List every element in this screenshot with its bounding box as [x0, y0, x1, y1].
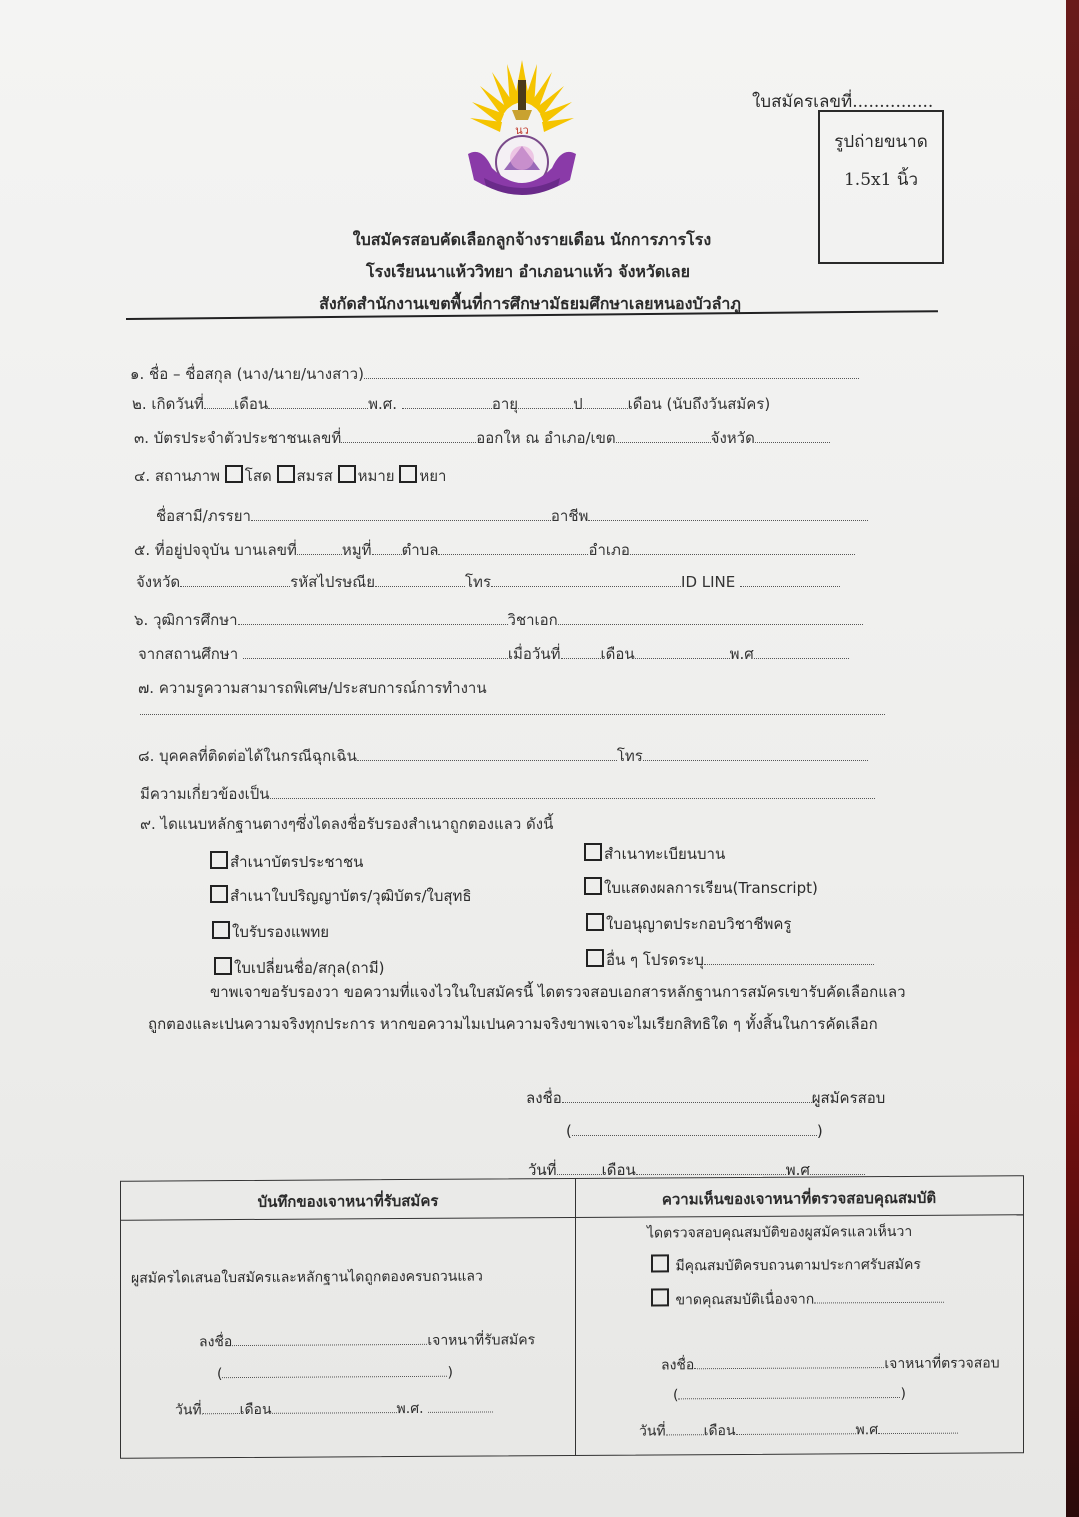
doc-other-checkbox[interactable] [586, 949, 604, 967]
house-number-field[interactable] [297, 542, 342, 555]
age-months-field[interactable] [583, 396, 628, 409]
postcode-label: รหัสไปรษณีย [290, 573, 375, 591]
year-label: พ.ศ. [368, 395, 397, 413]
q4-label: ๔. สถานภาพ [134, 467, 220, 485]
verifying-month-label: เดือน [704, 1423, 736, 1439]
receiving-day-label: วันที่ [175, 1402, 202, 1418]
institution-field[interactable] [243, 646, 508, 659]
status-single-label: โสด [245, 467, 272, 485]
grad-day-field[interactable] [561, 646, 601, 659]
relation-field[interactable] [270, 786, 875, 799]
moo-label: หมูที่ [342, 541, 372, 559]
doc-medical[interactable]: ใบรับรองแพทย [212, 920, 329, 944]
name-field[interactable] [364, 366, 859, 379]
q7-label: ๗. ความรูความสามารถพิเศษ/ประสบการณ์การทำ… [138, 676, 487, 700]
doc-transcript-label: ใบแสดงผลการเรียน(Transcript) [604, 879, 818, 897]
applicant-printed-name-field[interactable] [572, 1123, 817, 1136]
school-name: โรงเรียนนาแห้ววิทยา อำเภอนาแห้ว จังหวัดเ… [218, 260, 838, 285]
applicant-sign-row: ลงชื่อผูสมัครสอบ [526, 1086, 885, 1110]
birth-day-field[interactable] [204, 396, 234, 409]
moo-field[interactable] [372, 542, 402, 555]
birth-year-field[interactable] [402, 396, 492, 409]
q8-label: ๘. บุคคลที่ติดต่อได้ในกรณีฉุกเฉิน [138, 747, 357, 765]
doc-other[interactable]: อื่น ๆ โปรดระบุ [586, 948, 874, 972]
receiving-note: ผูสมัครไดเสนอใบสมัครและหลักฐานไดถูกตองคร… [131, 1266, 483, 1290]
doc-house-registration-checkbox[interactable] [584, 843, 602, 861]
doc-house-registration[interactable]: สำเนาทะเบียนบาน [584, 842, 725, 866]
verifying-month-field[interactable] [736, 1421, 856, 1435]
q4-row: ๔. สถานภาพ โสด สมรส หมาย หยา [134, 464, 446, 488]
q2-label: ๒. เกิดวันที่ [132, 395, 204, 413]
age-years-field[interactable] [518, 396, 573, 409]
phone-field[interactable] [491, 574, 681, 587]
institution-label: จากสถานศึกษา [138, 645, 238, 663]
province-label: จังหวัด [711, 429, 755, 447]
status-widowed-label: หมาย [358, 467, 395, 485]
receiving-printed-name-field[interactable] [222, 1364, 447, 1378]
receiving-signature-field[interactable] [232, 1332, 427, 1346]
applicant-sign-label: ลงชื่อ [526, 1089, 562, 1107]
applicant-month-field[interactable] [636, 1162, 786, 1175]
verifying-year-field[interactable] [878, 1421, 958, 1434]
receiving-month-field[interactable] [272, 1400, 397, 1414]
tambon-field[interactable] [438, 542, 588, 555]
applicant-year-field[interactable] [810, 1162, 865, 1175]
doc-other-label: อื่น ๆ โปรดระบุ [606, 951, 704, 969]
declaration-line-2: ถูกตองและเปนความจริงทุกประการ หากขอความไ… [148, 1012, 878, 1036]
birth-month-field[interactable] [268, 396, 368, 409]
address-province-label: จังหวัด [136, 573, 180, 591]
receiving-officer-header: บันทึกของเจาหนาที่รับสมัคร [121, 1188, 575, 1215]
unqualified-option[interactable]: ขาดคุณสมบัติเนื่องจาก [651, 1287, 944, 1312]
receiving-date-row: วันที่เดือนพ.ศ. [175, 1397, 493, 1421]
receiving-month-label: เดือน [240, 1402, 272, 1418]
status-divorced-label: หยา [419, 467, 446, 485]
q1-label: ๑. ชื่อ – ชื่อสกุล (นาง/นาย/นางสาว) [130, 365, 364, 383]
receiving-year-label: พ.ศ. [397, 1401, 424, 1417]
relation-label: มีความเกี่ยวข้องเป็น [140, 785, 270, 803]
doc-degree-label: สำเนาใบปริญญาบัตร/วุฒิบัตร/ใบสุทธิ [230, 887, 472, 905]
form-title: ใบสมัครสอบคัดเลือกลูกจ้างรายเดือน นักการ… [222, 228, 842, 253]
verifying-intro: ไดตรวจสอบคุณสมบัติของผูสมัครแลวเห็นวา [647, 1221, 912, 1245]
phone-label: โทร [465, 573, 491, 591]
q6-row: ๖. วุฒิการศึกษาวิชาเอก [134, 608, 863, 632]
verifying-year-label: พ.ศ [856, 1422, 879, 1438]
status-widowed-checkbox[interactable] [338, 465, 356, 483]
address-province-field[interactable] [180, 574, 290, 587]
doc-id-card-checkbox[interactable] [210, 851, 228, 869]
spouse-name-label: ชื่อสามี/ภรรยา [156, 507, 251, 525]
status-single-checkbox[interactable] [225, 465, 243, 483]
occupation-label: อาชีพ [551, 507, 589, 525]
applicant-name-row: () [566, 1122, 823, 1140]
q1-row: ๑. ชื่อ – ชื่อสกุล (นาง/นาย/นางสาว) [130, 362, 859, 386]
background-edge [1066, 0, 1079, 1517]
q5-label: ๕. ที่อยู่ปจจุบัน บานเลขที่ [134, 541, 297, 559]
status-married-checkbox[interactable] [277, 465, 295, 483]
q3-row: ๓. บัตรประจำตัวประชาชนเลขที่ออกให ณ อำเภ… [134, 426, 830, 450]
spouse-name-field[interactable] [251, 508, 551, 521]
photo-size-label: รูปถ่ายขนาด [820, 128, 942, 155]
receiving-sign-row: ลงชื่อเจาหนาที่รับสมัคร [199, 1329, 535, 1353]
application-form-paper: นว ใบสมัครเลขที่............... รูปถ่ายข… [0, 0, 1066, 1517]
grad-day-label: เมื่อวันที่ [508, 645, 561, 663]
grad-year-field[interactable] [754, 646, 849, 659]
unqualified-checkbox[interactable] [651, 1288, 669, 1306]
verifying-name-row: () [673, 1385, 906, 1403]
receiving-sign-label: ลงชื่อ [199, 1334, 232, 1350]
doc-teaching-license-label: ใบอนุญาตประกอบวิชาชีพครู [606, 915, 792, 933]
spouse-row: ชื่อสามี/ภรรยาอาชีพ [156, 504, 868, 528]
table-header-divider [121, 1214, 1023, 1221]
doc-transcript-checkbox[interactable] [584, 877, 602, 895]
years-label: ป [573, 395, 583, 413]
verifying-sign-row: ลงชื่อเจาหนาที่ตรวจสอบ [661, 1352, 1000, 1376]
status-divorced-checkbox[interactable] [399, 465, 417, 483]
school-emblem-icon: นว [462, 58, 582, 208]
qualified-label: มีคุณสมบัติครบถวนตามประกาศรับสมัคร [675, 1257, 920, 1274]
verifying-day-label: วันที่ [639, 1423, 666, 1439]
postcode-field[interactable] [375, 574, 465, 587]
applicant-role-label: ผูสมัครสอบ [812, 1089, 886, 1107]
doc-other-field[interactable] [704, 952, 874, 965]
doc-transcript[interactable]: ใบแสดงผลการเรียน(Transcript) [584, 876, 818, 900]
q5-row: ๕. ที่อยู่ปจจุบัน บานเลขที่หมูที่ตำบลอำเ… [134, 538, 855, 562]
issued-district-field[interactable] [616, 430, 711, 443]
line-id-label: ID LINE [681, 573, 735, 591]
qualified-option[interactable]: มีคุณสมบัติครบถวนตามประกาศรับสมัคร [651, 1253, 921, 1278]
doc-teaching-license[interactable]: ใบอนุญาตประกอบวิชาชีพครู [586, 912, 792, 936]
institution-row: จากสถานศึกษา เมื่อวันที่เดือนพ.ศ [138, 642, 849, 666]
applicant-month-label: เดือน [602, 1161, 636, 1179]
declaration-line-1: ขาพเจาขอรับรองวา ขอความที่แจงไวในใบสมัคร… [210, 980, 906, 1004]
qualified-checkbox[interactable] [651, 1254, 669, 1272]
emergency-contact-field[interactable] [357, 748, 617, 761]
month-label: เดือน [234, 395, 268, 413]
amphoe-field[interactable] [630, 542, 855, 555]
verifying-day-field[interactable] [666, 1422, 704, 1435]
q8-row: ๘. บุคคลที่ติดต่อได้ในกรณีฉุกเฉินโทร [138, 744, 868, 768]
spouse-occupation-field[interactable] [588, 508, 868, 521]
status-married-label: สมรส [297, 467, 333, 485]
table-column-divider [575, 1179, 576, 1455]
doc-name-change-label: ใบเปลี่ยนชื่อ/สกุล(ถามี) [234, 959, 385, 977]
q6-label: ๖. วุฒิการศึกษา [134, 611, 238, 629]
receiving-day-field[interactable] [202, 1401, 240, 1414]
address-row-2: จังหวัดรหัสไปรษณียโทรID LINE [136, 570, 840, 594]
skills-field[interactable] [140, 702, 885, 715]
verifying-date-row: วันที่เดือนพ.ศ [639, 1419, 958, 1443]
emergency-phone-field[interactable] [643, 748, 868, 761]
major-field[interactable] [558, 612, 863, 625]
q9-label: ๙. ไดแนบหลักฐานตางๆซึ่งไดลงชื่อรับรองสำเ… [140, 812, 553, 836]
verifying-sign-label: ลงชื่อ [661, 1357, 694, 1373]
education-field[interactable] [238, 612, 508, 625]
grad-month-field[interactable] [635, 646, 730, 659]
q3-label: ๓. บัตรประจำตัวประชาชนเลขที่ [134, 429, 341, 447]
doc-house-registration-label: สำเนาทะเบียนบาน [604, 845, 725, 863]
months-suffix-label: เดือน (นับถึงวันสมัคร) [628, 395, 771, 413]
doc-medical-label: ใบรับรองแพทย [232, 923, 329, 941]
receiving-role-label: เจาหนาที่รับสมัคร [427, 1332, 535, 1349]
receiving-year-field[interactable] [428, 1399, 493, 1412]
doc-degree[interactable]: สำเนาใบปริญญาบัตร/วุฒิบัตร/ใบสุทธิ [210, 884, 472, 908]
applicant-signature-field[interactable] [562, 1090, 812, 1103]
unqualified-label: ขาดคุณสมบัติเนื่องจาก [675, 1292, 814, 1309]
applicant-day-field[interactable] [557, 1162, 602, 1175]
major-label: วิชาเอก [508, 611, 558, 629]
q2-row: ๒. เกิดวันที่เดือนพ.ศ. อายุปเดือน (นับถึ… [132, 392, 770, 416]
doc-name-change[interactable]: ใบเปลี่ยนชื่อ/สกุล(ถามี) [214, 956, 385, 980]
doc-id-card[interactable]: สำเนาบัตรประชาชน [210, 850, 363, 874]
age-label: อายุ [492, 395, 518, 413]
verifying-role-label: เจาหนาที่ตรวจสอบ [884, 1355, 999, 1372]
photo-size-value: 1.5x1 นิ้ว [820, 166, 942, 193]
emergency-phone-label: โทร [617, 747, 643, 765]
doc-degree-checkbox[interactable] [210, 885, 228, 903]
issued-province-field[interactable] [755, 430, 830, 443]
q7-row [140, 700, 885, 719]
grad-year-label: พ.ศ [730, 645, 754, 663]
verifying-signature-field[interactable] [694, 1355, 884, 1369]
id-number-field[interactable] [341, 430, 476, 443]
doc-id-card-label: สำเนาบัตรประชาชน [230, 853, 363, 871]
officials-table: บันทึกของเจาหนาที่รับสมัคร ความเห็นของเจ… [120, 1175, 1024, 1459]
paren-close: ) [817, 1122, 823, 1140]
applicant-day-label: วันที่ [528, 1161, 557, 1179]
receiving-name-row: () [217, 1364, 453, 1382]
doc-name-change-checkbox[interactable] [214, 957, 232, 975]
line-id-field[interactable] [740, 574, 840, 587]
verifying-officer-header: ความเห็นของเจาหนาที่ตรวจสอบคุณสมบัติ [575, 1185, 1023, 1212]
doc-teaching-license-checkbox[interactable] [586, 913, 604, 931]
tambon-label: ตำบล [402, 541, 439, 559]
unqualified-reason-field[interactable] [814, 1290, 944, 1304]
grad-month-label: เดือน [601, 645, 635, 663]
verifying-printed-name-field[interactable] [678, 1385, 900, 1399]
issued-at-label: ออกให ณ อำเภอ/เขต [476, 429, 615, 447]
doc-medical-checkbox[interactable] [212, 921, 230, 939]
relation-row: มีความเกี่ยวข้องเป็น [140, 782, 875, 806]
amphoe-label: อำเภอ [588, 541, 629, 559]
